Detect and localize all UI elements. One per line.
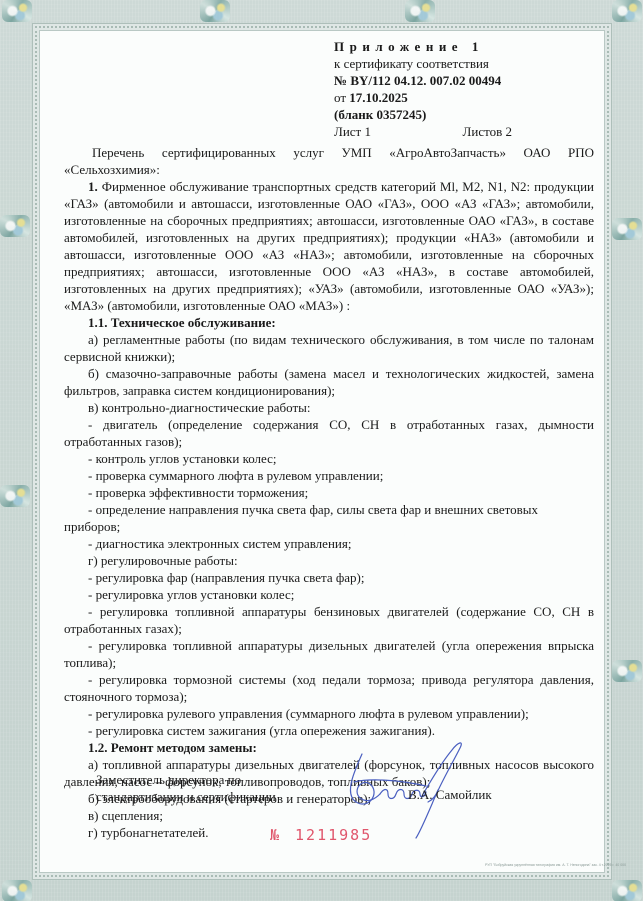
certificate-date: 17.10.2025	[349, 90, 408, 105]
list-item: - регулировка тормозной системы (ход пед…	[64, 671, 594, 705]
hologram-icon	[612, 0, 642, 22]
list-item: - регулировка систем зажигания (угла опе…	[64, 722, 594, 739]
appendix-header: Приложение 1 к сертификату соответствия …	[334, 38, 534, 140]
hologram-icon	[612, 218, 642, 240]
list-item: - регулировка топливной аппаратуры бензи…	[64, 603, 594, 637]
section-1-number: 1.	[88, 179, 98, 194]
hologram-icon	[612, 660, 642, 682]
list-item: - двигатель (определение содержания СО, …	[64, 416, 594, 450]
list-item: г) регулировочные работы:	[64, 552, 594, 569]
sheet-info: Лист 1 Листов 2	[334, 123, 512, 140]
hologram-icon	[0, 215, 30, 237]
intro-paragraph: Перечень сертифицированных услуг УМП «Аг…	[64, 144, 594, 178]
list-item: - проверка эффективности торможения;	[64, 484, 594, 501]
document-body: Перечень сертифицированных услуг УМП «Аг…	[64, 144, 594, 841]
list-item: - регулировка рулевого управления (сумма…	[64, 705, 594, 722]
number-sign: №	[270, 826, 281, 844]
list-item: - регулировка топливной аппаратуры дизел…	[64, 637, 594, 671]
signatory-position: Заместитель директора по стандартизации …	[96, 771, 276, 805]
list-item: - проверка суммарного люфта в рулевом уп…	[64, 467, 594, 484]
list-item: - регулировка фар (направления пучка све…	[64, 569, 594, 586]
certificate-date-line: от 17.10.2025	[334, 89, 534, 106]
position-line-1: Заместитель директора по	[96, 771, 276, 788]
list-item: в) контрольно-диагностические работы:	[64, 399, 594, 416]
list-item: - диагностика электронных систем управле…	[64, 535, 594, 552]
section-1-paragraph: 1. Фирменное обслуживание транспортных с…	[64, 178, 594, 314]
hologram-icon	[612, 880, 642, 901]
list-item: а) регламентные работы (по видам техниче…	[64, 331, 594, 365]
list-item: - регулировка углов установки колес;	[64, 586, 594, 603]
section-1-1-heading: 1.1. Техническое обслуживание:	[64, 314, 594, 331]
list-item: в) сцепления;	[64, 807, 594, 824]
hologram-icon	[200, 0, 230, 22]
hologram-icon	[2, 0, 32, 22]
serial-value: 1211985	[295, 826, 372, 844]
date-prefix: от	[334, 90, 346, 105]
hologram-icon	[2, 880, 32, 901]
section-1-text: Фирменное обслуживание транспортных сред…	[64, 179, 594, 313]
hologram-icon	[0, 485, 30, 507]
printer-imprint: РУП "Бобруйская укрупнённая типография и…	[485, 863, 626, 867]
section-1-2-heading: 1.2. Ремонт методом замены:	[64, 739, 594, 756]
list-item: б) смазочно-заправочные работы (замена м…	[64, 365, 594, 399]
list-item: - контроль углов установки колес;	[64, 450, 594, 467]
position-line-2: стандартизации и сертификации	[96, 788, 276, 805]
certificate-number: № BY/112 04.12. 007.02 00494	[334, 72, 534, 89]
hologram-icon	[405, 0, 435, 22]
sheets-total: Листов 2	[463, 123, 512, 140]
appendix-subtitle: к сертификату соответствия	[334, 55, 534, 72]
appendix-title: Приложение 1	[334, 38, 534, 55]
list-item: - определение направления пучка света фа…	[64, 501, 594, 535]
sheet-number: Лист 1	[334, 123, 371, 140]
signatory-name: В.А. Самойлик	[408, 787, 492, 803]
blank-number: (бланк 0357245)	[334, 106, 534, 123]
blank-serial-number: №1211985	[270, 826, 372, 844]
